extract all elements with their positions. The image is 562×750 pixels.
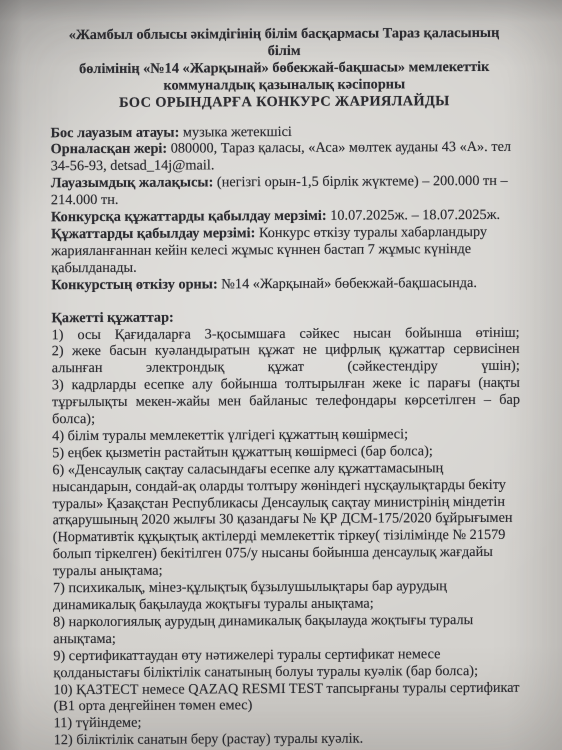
announcement-title: БОС ОРЫНДАРҒА КОНКУРС ЖАРИЯЛАЙДЫ [60, 92, 508, 111]
field-label: Конкурстың өткізу орны: [51, 276, 217, 293]
list-item: 2) жеке басын куәландыратын құжат не циф… [52, 341, 520, 377]
field-label: Бос лауазым атауы: [51, 124, 180, 141]
list-item: 7) психикалық, мінез-құлықтық бұзылушылы… [53, 578, 521, 614]
list-item: 3) кадрларды есепке алу бойынша толтырыл… [52, 375, 520, 428]
field-label: Лауазымдық жалақысы: [51, 175, 214, 192]
field-salary: Лауазымдық жалақысы: (негізгі орын-1,5 б… [51, 173, 519, 209]
field-value: №14 «Жарқынай» бөбекжай-бақшасында. [221, 275, 477, 292]
header-line: «Жамбыл облысы әкімдігінің білім басқарм… [60, 25, 508, 61]
list-item: 8) наркологиялық аурудың динамикалық бақ… [53, 612, 521, 648]
field-acceptance-term: Құжаттарды қабылдау мерзімі: Конкурс өтк… [51, 224, 519, 277]
list-item: 10) ҚАЗТЕСТ немесе QAZAQ RESMI TEST тапс… [53, 679, 521, 715]
document-content: «Жамбыл облысы әкімдігінің білім басқарм… [50, 25, 522, 750]
field-location: Орналасқан жері: 080000, Тараз қаласы, «… [51, 139, 519, 175]
header-line: бөлімінің «№14 «Жарқынай» бөбекжай-бақша… [60, 59, 508, 78]
list-item: 12) біліктілік санатын беру (растау) тур… [54, 730, 522, 749]
list-item: 6) «Денсаулық сақтау саласындағы есепке … [52, 460, 521, 581]
list-item: 9) сертификаттаудан өту нәтижелері турал… [53, 645, 521, 681]
document-header: «Жамбыл облысы әкімдігінің білім басқарм… [50, 25, 518, 112]
field-label: Конкурсқа құжаттарды қабылдау мерзімі: [51, 208, 327, 225]
field-label: Құжаттарды қабылдау мерзімі: [51, 225, 255, 242]
field-label: Орналасқан жері: [51, 141, 168, 158]
field-value: 10.07.2025ж. – 18.07.2025ж. [330, 207, 500, 224]
vacancy-fields: Бос лауазым атауы: музыка жетекшісі Орна… [51, 122, 520, 294]
document-photo: «Жамбыл облысы әкімдігінің білім басқарм… [0, 0, 562, 750]
field-venue: Конкурстың өткізу орны: №14 «Жарқынай» б… [51, 274, 519, 293]
required-documents-list: 1) осы Қағидаларға 3-қосымшаға сәйкес ны… [52, 324, 522, 749]
field-value: музыка жетекшісі [183, 123, 292, 140]
